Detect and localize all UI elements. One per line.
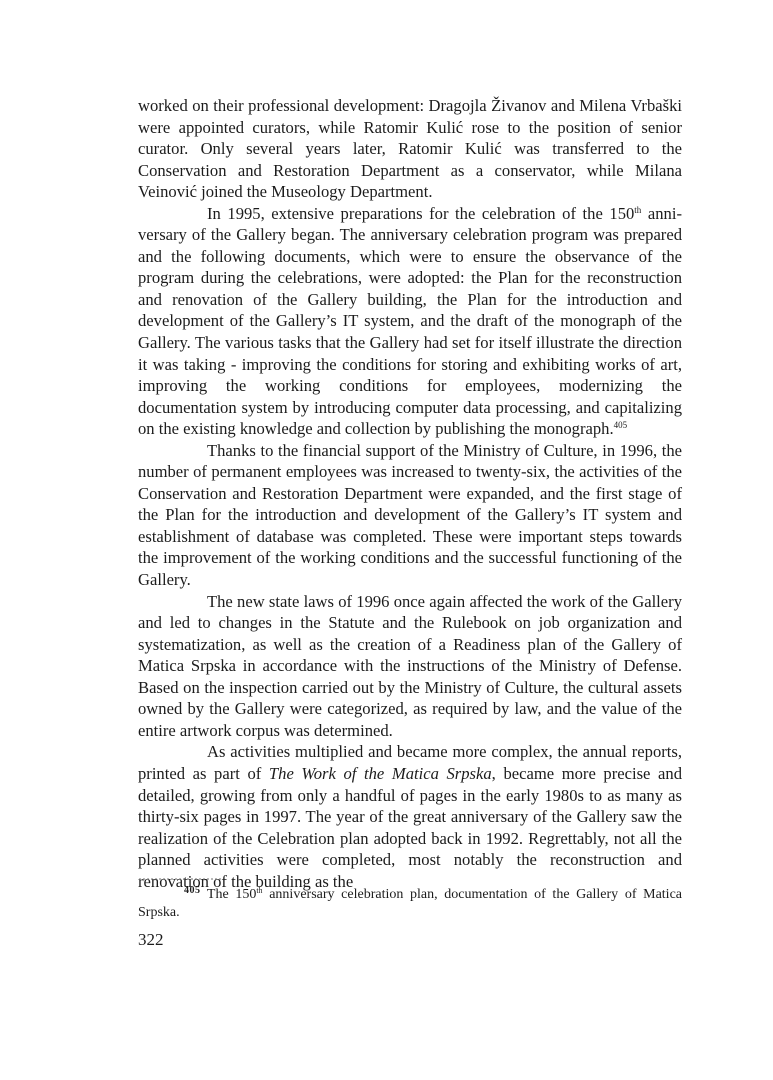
paragraph-text: Thanks to the financial support of the M…	[138, 441, 682, 589]
main-text: worked on their professional development…	[138, 95, 682, 892]
paragraph-text: In 1995, extensive preparations for the …	[207, 204, 634, 223]
paragraph-3: Thanks to the financial support of the M…	[138, 440, 682, 591]
footnotes: 405 The 150th anniversary celebration pl…	[138, 886, 682, 922]
paragraph-1: worked on their professional development…	[138, 95, 682, 203]
page-body: worked on their professional development…	[138, 95, 682, 892]
footnote-405: 405 The 150th anniversary celebration pl…	[138, 886, 682, 922]
footnote-separator	[138, 878, 222, 880]
paragraph-text: The new state laws of 1996 once again af…	[138, 592, 682, 740]
footnote-text: The 150	[201, 887, 257, 902]
publication-title: The Work of the Matica Srpska	[269, 764, 492, 783]
paragraph-text: worked on their professional development…	[138, 96, 682, 201]
paragraph-4: The new state laws of 1996 once again af…	[138, 591, 682, 742]
footnote-number: 405	[184, 885, 201, 896]
paragraph-5: As activities multiplied and became more…	[138, 741, 682, 892]
page-number: 322	[138, 930, 164, 950]
paragraph-text: anni­versary of the Gallery began. The a…	[138, 204, 682, 438]
footnote-reference[interactable]: 405	[614, 420, 628, 430]
paragraph-2: In 1995, extensive preparations for the …	[138, 203, 682, 440]
